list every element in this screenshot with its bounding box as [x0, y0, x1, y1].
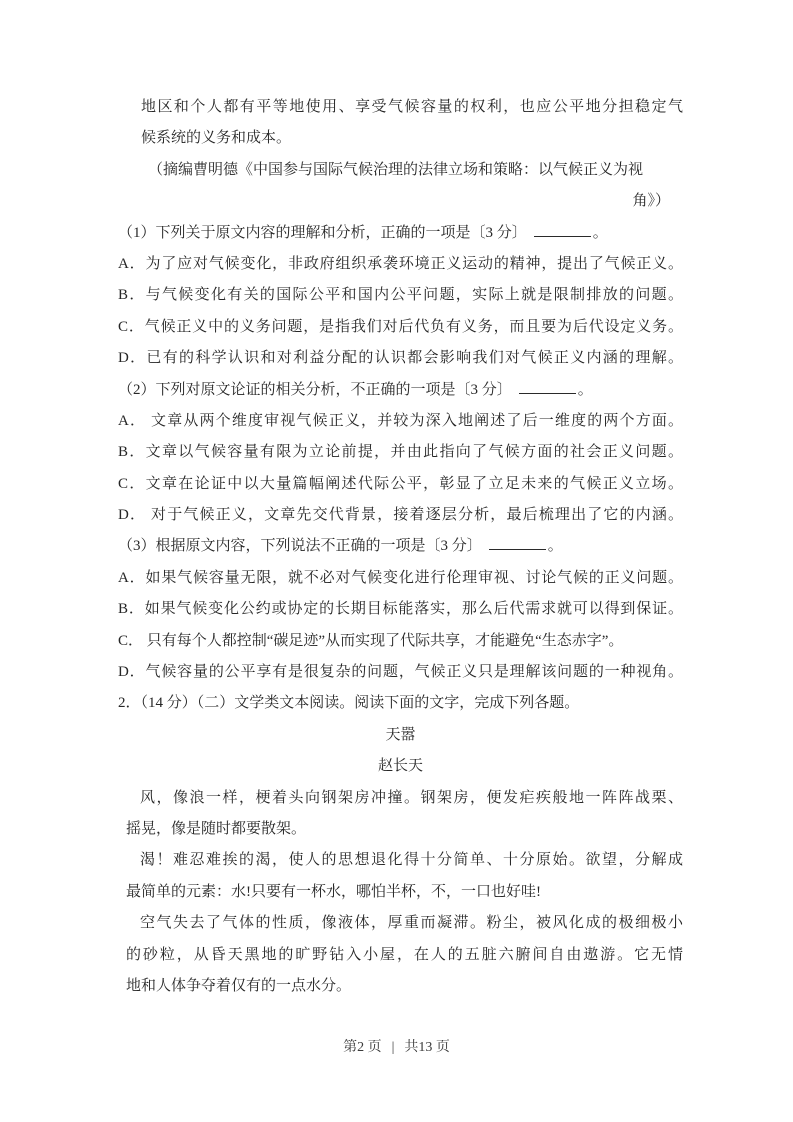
literary-para-3-line-3: 地和人体争夺着仅有的一点水分。	[118, 971, 683, 1002]
question-1-stem-text: （1）下列关于原文内容的理解和分析，正确的一项是〔3 分〕	[118, 225, 527, 241]
question-1-option-c: C．气候正义中的义务问题，是指我们对后代负有义务，而且要为后代设定义务。	[118, 312, 683, 343]
literary-para-1-line-1: 风，像浪一样，梗着头向钢架房冲撞。钢架房，便发疟疾般地一阵阵战栗、	[118, 783, 683, 814]
source-attribution-line-2: 角》）	[118, 186, 683, 217]
page-footer: 第2 页|共13 页	[0, 1036, 793, 1056]
page-number-current: 第2 页	[343, 1040, 382, 1055]
question-1-stem: （1）下列关于原文内容的理解和分析，正确的一项是〔3 分〕。	[118, 218, 683, 249]
literary-para-2-line-1: 渴！难忍难挨的渴，使人的思想退化得十分简单、十分原始。欲望，分解成	[118, 845, 683, 876]
question-2-option-c: C．文章在论证中以大量篇幅阐述代际公平，彰显了立足未来的气候正义立场。	[118, 469, 683, 500]
question-2-option-a: A． 文章从两个维度审视气候正义，并较为深入地阐述了后一维度的两个方面。	[118, 406, 683, 437]
literary-para-1-line-2: 摇晃，像是随时都要散架。	[118, 814, 683, 845]
passage-continuation-line-1: 地区和个人都有平等地使用、享受气候容量的权利，也应公平地分担稳定气	[118, 92, 683, 123]
question-2-option-b: B．文章以气候容量有限为立论前提，并由此指向了气候方面的社会正义问题。	[118, 437, 683, 468]
question-1-stem-period: 。	[593, 225, 608, 241]
footer-separator: |	[392, 1040, 395, 1055]
question-3-stem-period: 。	[548, 538, 563, 554]
source-attribution-line-1: （摘编曹明德《中国参与国际气候治理的法律立场和策略：以气候正义为视	[118, 155, 683, 186]
question-3-stem-text: （3）根据原文内容，下列说法不正确的一项是〔3 分〕	[118, 538, 482, 554]
question-2-stem: （2）下列对原文论证的相关分析，不正确的一项是〔3 分〕。	[118, 375, 683, 406]
section-2-heading: 2．（14 分）（二）文学类文本阅读。阅读下面的文字，完成下列各题。	[118, 688, 683, 719]
question-3-option-b: B．如果气候变化公约或协定的长期目标能落实，那么后代需求就可以得到保证。	[118, 594, 683, 625]
page-number-total: 共13 页	[404, 1040, 450, 1055]
passage-author: 赵长天	[118, 751, 683, 782]
literary-para-3-line-2: 的砂粒，从昏天黑地的旷野钻入小屋，在人的五脏六腑间自由遨游。它无情	[118, 940, 683, 971]
question-3-option-a: A．如果气候容量无限，就不必对气候变化进行伦理审视、讨论气候的正义问题。	[118, 563, 683, 594]
question-3-stem: （3）根据原文内容，下列说法不正确的一项是〔3 分〕。	[118, 531, 683, 562]
literary-para-3-line-1: 空气失去了气体的性质，像液体，厚重而凝滞。粉尘，被风化成的极细极小	[118, 908, 683, 939]
page-content: 地区和个人都有平等地使用、享受气候容量的权利，也应公平地分担稳定气 候系统的义务…	[118, 92, 683, 1002]
question-1-option-d: D．已有的科学认识和对利益分配的认识都会影响我们对气候正义内涵的理解。	[118, 343, 683, 374]
question-3-option-d: D．气候容量的公平享有是很复杂的问题，气候正义只是理解该问题的一种视角。	[118, 657, 683, 688]
question-2-stem-period: 。	[578, 382, 593, 398]
document-page: 地区和个人都有平等地使用、享受气候容量的权利，也应公平地分担稳定气 候系统的义务…	[0, 0, 793, 1122]
question-2-answer-blank	[519, 391, 576, 394]
question-3-answer-blank	[489, 547, 546, 550]
question-1-option-b: B．与气候变化有关的国际公平和国内公平问题，实际上就是限制排放的问题。	[118, 280, 683, 311]
question-2-option-d: D． 对于气候正义，文章先交代背景，接着逐层分析，最后梳理出了它的内涵。	[118, 500, 683, 531]
question-1-option-a: A．为了应对气候变化，非政府组织承袭环境正义运动的精神，提出了气候正义。	[118, 249, 683, 280]
passage-continuation-line-2: 候系统的义务和成本。	[118, 123, 683, 154]
passage-title: 天嚣	[118, 720, 683, 751]
question-3-option-c: C． 只有每个人都控制“碳足迹”从而实现了代际共享，才能避免“生态赤字”。	[118, 626, 683, 657]
question-1-answer-blank	[534, 234, 591, 237]
question-2-stem-text: （2）下列对原文论证的相关分析，不正确的一项是〔3 分〕	[118, 382, 512, 398]
literary-para-2-line-2: 最简单的元素：水!只要有一杯水，哪怕半杯，不，一口也好哇!	[118, 877, 683, 908]
